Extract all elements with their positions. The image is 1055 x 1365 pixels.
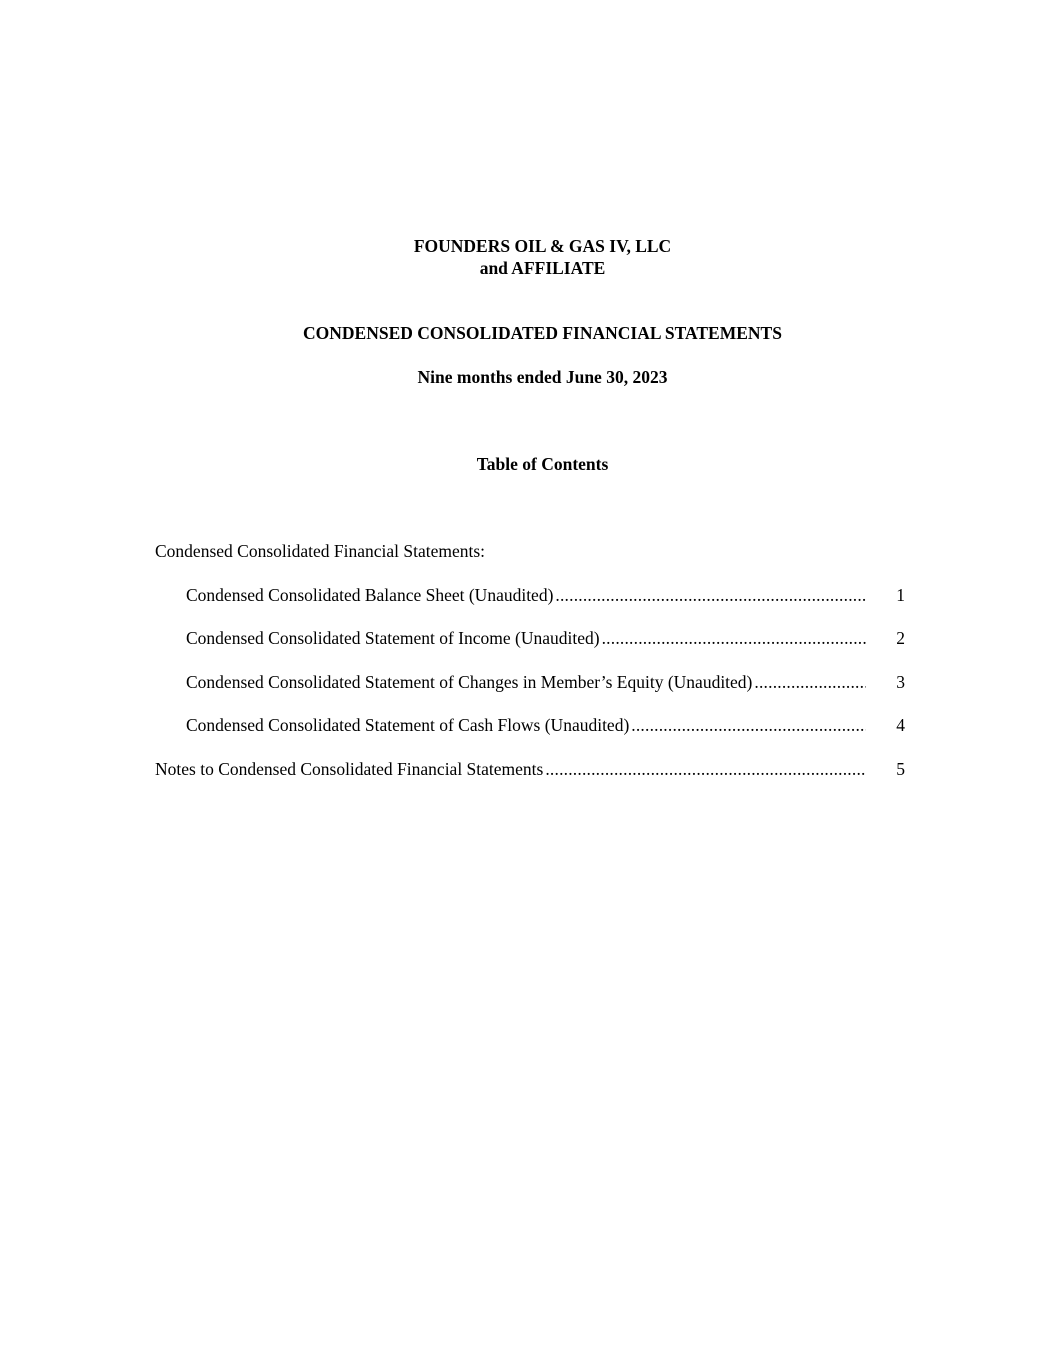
toc-entry-page: 5 bbox=[885, 759, 905, 780]
toc-entry-page: 3 bbox=[885, 672, 905, 693]
toc-section-heading: Condensed Consolidated Financial Stateme… bbox=[155, 541, 485, 562]
toc-entry-page: 2 bbox=[885, 628, 905, 649]
document-period: Nine months ended June 30, 2023 bbox=[0, 367, 1055, 388]
toc-entry-label: Condensed Consolidated Statement of Chan… bbox=[186, 672, 754, 692]
document-title: CONDENSED CONSOLIDATED FINANCIAL STATEME… bbox=[0, 323, 1055, 344]
toc-heading: Table of Contents bbox=[0, 454, 1055, 475]
toc-entry-balance-sheet[interactable]: Condensed Consolidated Balance Sheet (Un… bbox=[155, 585, 905, 606]
company-name: FOUNDERS OIL & GAS IV, LLC bbox=[0, 236, 1055, 257]
toc-entry-income-statement[interactable]: Condensed Consolidated Statement of Inco… bbox=[155, 628, 905, 649]
toc-entry-cash-flows[interactable]: Condensed Consolidated Statement of Cash… bbox=[155, 715, 905, 736]
toc-entry-page: 1 bbox=[885, 585, 905, 606]
toc-entry-label: Condensed Consolidated Balance Sheet (Un… bbox=[186, 585, 555, 605]
toc-entry-page: 4 bbox=[885, 715, 905, 736]
toc-entry-notes[interactable]: Notes to Condensed Consolidated Financia… bbox=[155, 759, 905, 780]
toc-entry-label: Condensed Consolidated Statement of Inco… bbox=[186, 628, 602, 648]
company-affiliate: and AFFILIATE bbox=[0, 258, 1055, 279]
toc-entry-label: Notes to Condensed Consolidated Financia… bbox=[155, 759, 545, 779]
toc-entry-label: Condensed Consolidated Statement of Cash… bbox=[186, 715, 631, 735]
toc-entry-members-equity[interactable]: Condensed Consolidated Statement of Chan… bbox=[155, 672, 905, 693]
